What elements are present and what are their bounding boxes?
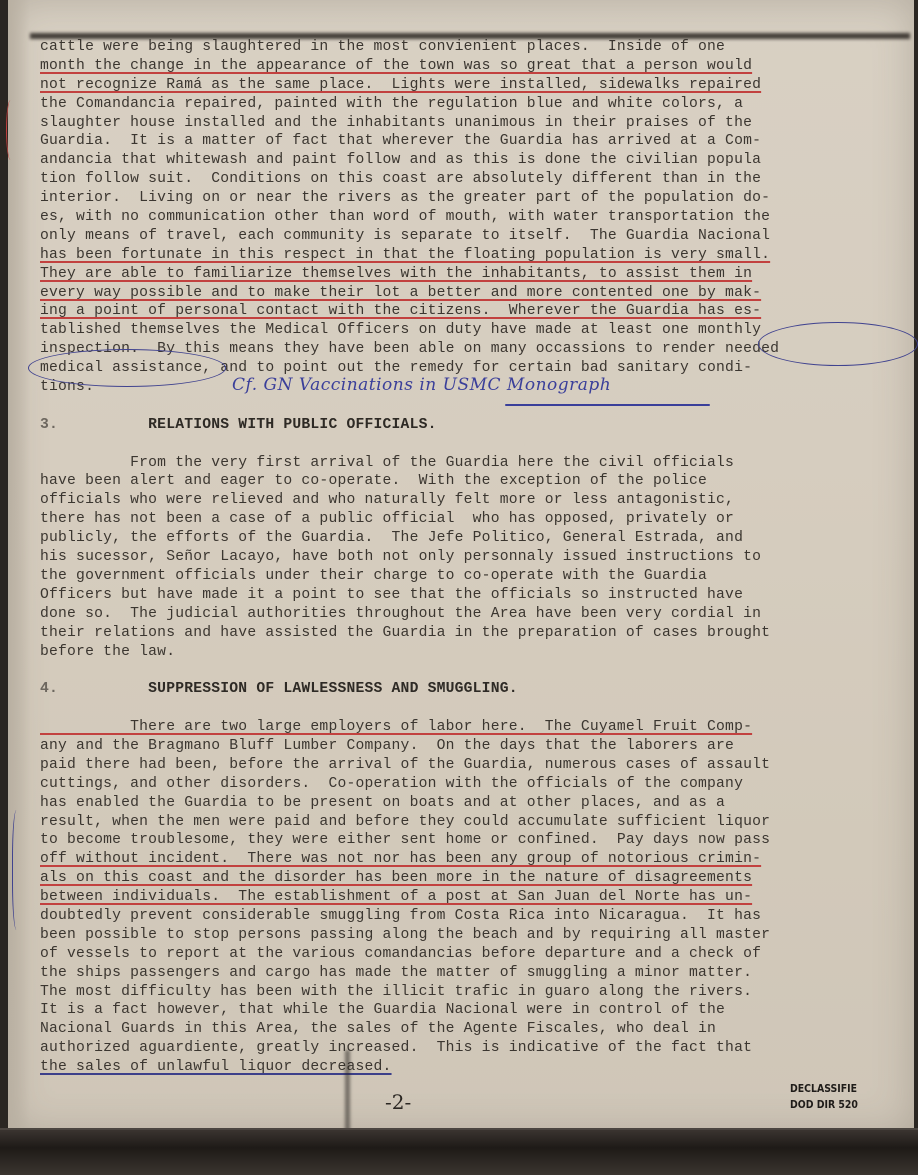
red-margin-mark <box>6 100 15 160</box>
text-line: Nacional Guards in this Area, the sales … <box>40 1020 918 1039</box>
text-line: there has not been a case of a public of… <box>40 510 918 529</box>
text-line: their relations and have assisted the Gu… <box>40 624 918 643</box>
text-line: Guardia. It is a matter of fact that whe… <box>40 132 918 151</box>
text-line: paid there had been, before the arrival … <box>40 756 918 775</box>
section-4-number: 4. <box>40 681 58 697</box>
text-line: authorized aguardiente, greatly increase… <box>40 1039 918 1058</box>
text-line: between individuals. The establishment o… <box>40 888 918 907</box>
text-line: the sales of unlawful liquor decreased. <box>40 1058 918 1077</box>
text-line: interior. Living on or near the rivers a… <box>40 189 918 208</box>
text-line: They are able to familiarize themselves … <box>40 265 918 284</box>
background-below-page <box>0 1130 918 1175</box>
text-line: slaughter house installed and the inhabi… <box>40 114 918 133</box>
section-4-title: SUPPRESSION OF LAWLESSNESS AND SMUGGLING… <box>148 681 518 697</box>
text-line: From the very first arrival of the Guard… <box>40 454 918 473</box>
section-3-title: RELATIONS WITH PUBLIC OFFICIALS. <box>148 417 436 433</box>
text-line: tion follow suit. Conditions on this coa… <box>40 170 918 189</box>
typewritten-body: cattle were being slaughtered in the mos… <box>40 38 918 1077</box>
text-line: the Comandancia repaired, painted with t… <box>40 95 918 114</box>
fold-crease <box>345 1050 350 1140</box>
text-line: month the change in the appearance of th… <box>40 57 918 76</box>
stamp-line-1: DECLASSIFIE <box>790 1081 858 1097</box>
text-line: have been alert and eager to co-operate.… <box>40 472 918 491</box>
text-line: been possible to stop persons passing al… <box>40 926 918 945</box>
handwritten-underline <box>505 404 710 406</box>
text-line: ing a point of personal contact with the… <box>40 302 918 321</box>
blue-margin-bracket <box>12 810 23 930</box>
handwritten-note: Cf. GN Vaccinations in USMC Monograph <box>232 375 611 395</box>
text-line: has been fortunate in this respect in th… <box>40 246 918 265</box>
text-line: It is a fact however, that while the Gua… <box>40 1001 918 1020</box>
text-line: es, with no communication other than wor… <box>40 208 918 227</box>
text-line: publicly, the efforts of the Guardia. Th… <box>40 529 918 548</box>
spacer <box>40 435 918 454</box>
text-line: cuttings, and other disorders. Co-operat… <box>40 775 918 794</box>
spacer <box>40 661 918 680</box>
page-number: -2- <box>385 1090 411 1114</box>
text-line: off without incident. There was not nor … <box>40 850 918 869</box>
section-4-body: There are two large employers of labor h… <box>40 718 918 1077</box>
text-line: done so. The judicial authorities throug… <box>40 605 918 624</box>
blue-circle-annotation <box>28 349 226 387</box>
text-line: any and the Bragmano Bluff Lumber Compan… <box>40 737 918 756</box>
section-3-number: 3. <box>40 417 58 433</box>
text-line: the ships passengers and cargo has made … <box>40 964 918 983</box>
text-line: to become troublesome, they were either … <box>40 831 918 850</box>
section-3-body: From the very first arrival of the Guard… <box>40 454 918 662</box>
text-line: result, when the men were paid and befor… <box>40 813 918 832</box>
text-line: The most difficulty has been with the il… <box>40 983 918 1002</box>
declassified-stamp: DECLASSIFIE DOD DIR 520 <box>790 1081 858 1113</box>
stamp-line-2: DOD DIR 520 <box>790 1097 858 1113</box>
text-line: only means of travel, each community is … <box>40 227 918 246</box>
text-line: his sucessor, Señor Lacayo, have both no… <box>40 548 918 567</box>
text-line: officials who were relieved and who natu… <box>40 491 918 510</box>
page-edge-shadow <box>8 0 30 1135</box>
text-line: andancia that whitewash and paint follow… <box>40 151 918 170</box>
text-line: cattle were being slaughtered in the mos… <box>40 38 918 57</box>
text-line: There are two large employers of labor h… <box>40 718 918 737</box>
spacer <box>40 699 918 718</box>
section-4-heading: 4. SUPPRESSION OF LAWLESSNESS AND SMUGGL… <box>40 680 918 699</box>
text-line: the government officials under their cha… <box>40 567 918 586</box>
text-line: has enabled the Guardia to be present on… <box>40 794 918 813</box>
spacer <box>40 397 918 416</box>
text-line: als on this coast and the disorder has b… <box>40 869 918 888</box>
section-3-heading: 3. RELATIONS WITH PUBLIC OFFICIALS. <box>40 416 918 435</box>
blue-circle-annotation <box>758 322 918 366</box>
text-line: every way possible and to make their lot… <box>40 284 918 303</box>
text-line: not recognize Ramá as the same place. Li… <box>40 76 918 95</box>
text-line: of vessels to report at the various coma… <box>40 945 918 964</box>
text-line: doubtedly prevent considerable smuggling… <box>40 907 918 926</box>
text-line: before the law. <box>40 643 918 662</box>
text-line: Officers but have made it a point to see… <box>40 586 918 605</box>
